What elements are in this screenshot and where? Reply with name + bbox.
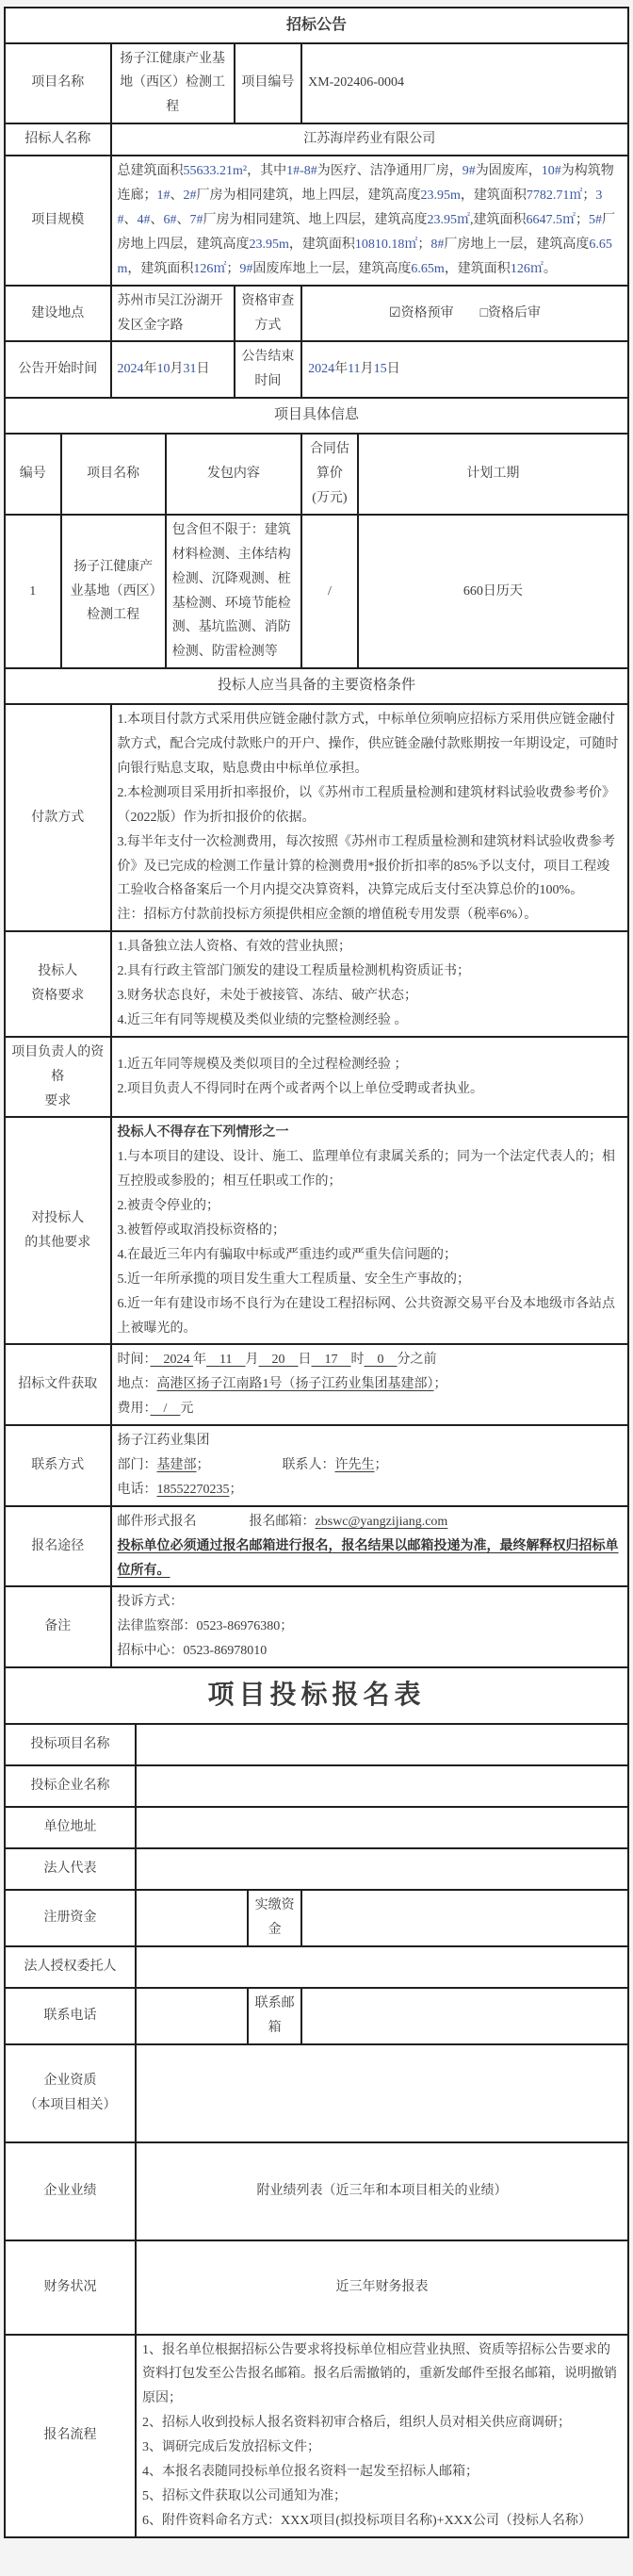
form-process-row: 报名流程 1、报名单位根据招标公告要求将投标单位相应营业执照、资质等招标公告要求… bbox=[5, 2335, 628, 2537]
form-phone-row: 联系电话 联系邮箱 bbox=[5, 1988, 628, 2044]
conditions-section-title: 投标人应当具备的主要资格条件 bbox=[5, 668, 628, 704]
form-qualification-row: 企业资质 （本项目相关） bbox=[5, 2044, 628, 2142]
doc-address-line: 地点：高港区扬子江南路1号（扬子江药业集团基建部）； bbox=[118, 1372, 622, 1397]
announcement-title-row: 招标公告 bbox=[5, 8, 628, 43]
form-performance-value: 附业绩列表（近三年和本项目相关的业绩） bbox=[136, 2142, 628, 2240]
other-req-label: 对投标人 的其他要求 bbox=[5, 1117, 111, 1344]
end-date-value: 2024年11月15日 bbox=[301, 341, 628, 398]
form-address-row: 单位地址 bbox=[5, 1807, 628, 1848]
form-bid-project-row: 投标项目名称 bbox=[5, 1724, 628, 1765]
contact-phone-line: 电话：18552270235； bbox=[118, 1478, 622, 1502]
payment-label: 付款方式 bbox=[5, 704, 111, 931]
form-finance-label: 财务状况 bbox=[5, 2240, 136, 2335]
col-header-name: 项目名称 bbox=[61, 434, 166, 515]
details-section-title: 项目具体信息 bbox=[5, 398, 628, 434]
col-header-price: 合同估算价(万元) bbox=[301, 434, 358, 515]
other-req-row: 对投标人 的其他要求 投标人不得存在下列情形之一 1.与本项目的建设、设计、施工… bbox=[5, 1117, 628, 1344]
form-qualification-input bbox=[136, 2044, 628, 2142]
review-method-checkboxes: ☑资格预审 □资格后审 bbox=[301, 286, 628, 342]
form-legal-rep-input bbox=[136, 1848, 628, 1890]
doc-acquisition-row: 招标文件获取 时间： 2024 年 11 月 20 日 17 时 0 分之前 地… bbox=[5, 1344, 628, 1425]
form-process-label: 报名流程 bbox=[5, 2335, 136, 2537]
details-header-row: 编号 项目名称 发包内容 合同估算价(万元) 计划工期 bbox=[5, 434, 628, 515]
form-reg-capital-label: 注册资金 bbox=[5, 1890, 136, 1946]
form-legal-rep-label: 法人代表 bbox=[5, 1848, 136, 1890]
detail-name: 扬子江健康产业基地（西区）检测工程 bbox=[61, 515, 166, 668]
signup-cell: 邮件形式报名 报名邮箱：zbswc@yangzijiang.com 投标单位必须… bbox=[111, 1506, 628, 1587]
doc-time-line: 时间： 2024 年 11 月 20 日 17 时 0 分之前 bbox=[118, 1348, 622, 1372]
form-authorized-input bbox=[136, 1946, 628, 1988]
pm-qual-items: 1.近五年同等规模及类似项目的全过程检测经验 ； 2.项目负责人不得同时在两个或… bbox=[111, 1037, 628, 1118]
form-bid-company-row: 投标企业名称 bbox=[5, 1765, 628, 1807]
form-bid-project-input bbox=[136, 1724, 628, 1765]
project-details-table: 项目具体信息 编号 项目名称 发包内容 合同估算价(万元) 计划工期 1 扬子江… bbox=[4, 397, 629, 669]
col-header-duration: 计划工期 bbox=[358, 434, 628, 515]
form-finance-value: 近三年财务报表 bbox=[136, 2240, 628, 2335]
remark-label: 备注 bbox=[5, 1586, 111, 1667]
signup-email-line: 邮件形式报名 报名邮箱：zbswc@yangzijiang.com bbox=[118, 1510, 622, 1534]
contact-cell: 扬子江药业集团 部门：基建部； 联系人：许先生； 电话：18552270235； bbox=[111, 1425, 628, 1506]
form-paid-capital-label: 实缴资金 bbox=[248, 1890, 301, 1946]
other-req-items: 1.与本项目的建设、设计、施工、监理单位有隶属关系的；同为一个法定代表人的；相互… bbox=[118, 1145, 622, 1340]
bidder-qual-label: 投标人 资格要求 bbox=[5, 931, 111, 1037]
pm-qual-label: 项目负责人的资格 要求 bbox=[5, 1037, 111, 1118]
tenderer-value: 江苏海岸药业有限公司 bbox=[111, 123, 628, 156]
form-title: 项目投标报名表 bbox=[5, 1667, 628, 1724]
announcement-title: 招标公告 bbox=[5, 8, 628, 43]
signup-label: 报名途径 bbox=[5, 1506, 111, 1587]
form-email-input bbox=[301, 1988, 628, 2044]
remark-row: 备注 投诉方式： 法律监察部：0523-86976380； 招标中心：0523-… bbox=[5, 1586, 628, 1667]
qualification-conditions-table: 投标人应当具备的主要资格条件 付款方式 1.本项目付款方式采用供应链金融付款方式… bbox=[4, 667, 629, 1668]
scale-row: 项目规模 总建筑面积55633.21m²，其中1#-8#为医疗、洁净通用厂房，9… bbox=[5, 156, 628, 285]
doc-acquisition-label: 招标文件获取 bbox=[5, 1344, 111, 1425]
project-name-value: 扬子江健康产业基地（西区）检测工程 bbox=[111, 43, 235, 124]
form-authorized-row: 法人授权委托人 bbox=[5, 1946, 628, 1988]
conditions-section-row: 投标人应当具备的主要资格条件 bbox=[5, 668, 628, 704]
location-row: 建设地点 苏州市吴江汾湖开发区金字路 资格审查方式 ☑资格预审 □资格后审 bbox=[5, 286, 628, 342]
form-performance-row: 企业业绩 附业绩列表（近三年和本项目相关的业绩） bbox=[5, 2142, 628, 2240]
col-header-content: 发包内容 bbox=[166, 434, 301, 515]
detail-content: 包含但不限于：建筑材料检测、主体结构检测、沉降观测、桩基检测、环境节能检测、基坑… bbox=[166, 515, 301, 668]
detail-duration: 660日历天 bbox=[358, 515, 628, 668]
form-email-label: 联系邮箱 bbox=[248, 1988, 301, 2044]
form-finance-row: 财务状况 近三年财务报表 bbox=[5, 2240, 628, 2335]
location-value: 苏州市吴江汾湖开发区金字路 bbox=[111, 286, 235, 342]
other-req-cell: 投标人不得存在下列情形之一 1.与本项目的建设、设计、施工、监理单位有隶属关系的… bbox=[111, 1117, 628, 1344]
doc-fee-line: 费用： / 元 bbox=[118, 1397, 622, 1421]
project-no-label: 项目编号 bbox=[235, 43, 301, 124]
location-label: 建设地点 bbox=[5, 286, 111, 342]
form-qualification-label: 企业资质 （本项目相关） bbox=[5, 2044, 136, 2142]
signup-row: 报名途径 邮件形式报名 报名邮箱：zbswc@yangzijiang.com 投… bbox=[5, 1506, 628, 1587]
tender-document: 招标公告 项目名称 扬子江健康产业基地（西区）检测工程 项目编号 XM-2024… bbox=[4, 0, 629, 2576]
contact-label: 联系方式 bbox=[5, 1425, 111, 1506]
form-authorized-label: 法人授权委托人 bbox=[5, 1946, 136, 1988]
form-address-label: 单位地址 bbox=[5, 1807, 136, 1848]
contact-row: 联系方式 扬子江药业集团 部门：基建部； 联系人：许先生； 电话：1855227… bbox=[5, 1425, 628, 1506]
contact-dept-line: 部门：基建部； 联系人：许先生； bbox=[118, 1453, 622, 1478]
start-date-label: 公告开始时间 bbox=[5, 341, 111, 398]
end-date-label: 公告结束时间 bbox=[235, 341, 301, 398]
form-paid-capital-input bbox=[301, 1890, 628, 1946]
form-legal-rep-row: 法人代表 bbox=[5, 1848, 628, 1890]
contact-company: 扬子江药业集团 bbox=[118, 1429, 622, 1453]
form-capital-row: 注册资金 实缴资金 bbox=[5, 1890, 628, 1946]
form-address-input bbox=[136, 1807, 628, 1848]
payment-row: 付款方式 1.本项目付款方式采用供应链金融付款方式，中标单位须响应招标方采用供应… bbox=[5, 704, 628, 931]
signup-warning: 投标单位必须通过报名邮箱进行报名，报名结果以邮箱投递为准，最终解释权归招标单位所… bbox=[118, 1534, 622, 1583]
review-method-label: 资格审查方式 bbox=[235, 286, 301, 342]
detail-price: / bbox=[301, 515, 358, 668]
details-section-row: 项目具体信息 bbox=[5, 398, 628, 434]
tenderer-label: 招标人名称 bbox=[5, 123, 111, 156]
payment-terms: 1.本项目付款方式采用供应链金融付款方式，中标单位须响应招标方采用供应链金融付款… bbox=[111, 704, 628, 931]
details-data-row: 1 扬子江健康产业基地（西区）检测工程 包含但不限于：建筑材料检测、主体结构检测… bbox=[5, 515, 628, 668]
project-name-row: 项目名称 扬子江健康产业基地（西区）检测工程 项目编号 XM-202406-00… bbox=[5, 43, 628, 124]
project-name-label: 项目名称 bbox=[5, 43, 111, 124]
bid-registration-form: 项目投标报名表 投标项目名称 投标企业名称 单位地址 法人代表 注册资金 实缴资… bbox=[4, 1666, 629, 2537]
col-header-no: 编号 bbox=[5, 434, 61, 515]
doc-acquisition-cell: 时间： 2024 年 11 月 20 日 17 时 0 分之前 地点：高港区扬子… bbox=[111, 1344, 628, 1425]
remark-lines: 投诉方式： 法律监察部：0523-86976380； 招标中心：0523-869… bbox=[111, 1586, 628, 1667]
dates-row: 公告开始时间 2024年10月31日 公告结束时间 2024年11月15日 bbox=[5, 341, 628, 398]
scale-text: 总建筑面积55633.21m²，其中1#-8#为医疗、洁净通用厂房，9#为固废库… bbox=[111, 156, 628, 285]
bidder-qual-items: 1.具备独立法人资格、有效的营业执照； 2.具有行政主管部门颁发的建设工程质量检… bbox=[111, 931, 628, 1037]
form-phone-label: 联系电话 bbox=[5, 1988, 136, 2044]
form-process-steps: 1、报名单位根据招标公告要求将投标单位相应营业执照、资质等招标公告要求的资料打包… bbox=[136, 2335, 628, 2537]
form-phone-input bbox=[136, 1988, 248, 2044]
bidder-qual-row: 投标人 资格要求 1.具备独立法人资格、有效的营业执照； 2.具有行政主管部门颁… bbox=[5, 931, 628, 1037]
form-bid-company-label: 投标企业名称 bbox=[5, 1765, 136, 1807]
scale-label: 项目规模 bbox=[5, 156, 111, 285]
form-title-row: 项目投标报名表 bbox=[5, 1667, 628, 1724]
form-bid-project-label: 投标项目名称 bbox=[5, 1724, 136, 1765]
form-performance-label: 企业业绩 bbox=[5, 2142, 136, 2240]
announcement-table: 招标公告 项目名称 扬子江健康产业基地（西区）检测工程 项目编号 XM-2024… bbox=[4, 7, 629, 399]
detail-no: 1 bbox=[5, 515, 61, 668]
pm-qual-row: 项目负责人的资格 要求 1.近五年同等规模及类似项目的全过程检测经验 ； 2.项… bbox=[5, 1037, 628, 1118]
tenderer-row: 招标人名称 江苏海岸药业有限公司 bbox=[5, 123, 628, 156]
form-bid-company-input bbox=[136, 1765, 628, 1807]
start-date-value: 2024年10月31日 bbox=[111, 341, 235, 398]
project-no-value: XM-202406-0004 bbox=[301, 43, 628, 124]
other-req-heading: 投标人不得存在下列情形之一 bbox=[118, 1121, 622, 1145]
form-reg-capital-input bbox=[136, 1890, 248, 1946]
